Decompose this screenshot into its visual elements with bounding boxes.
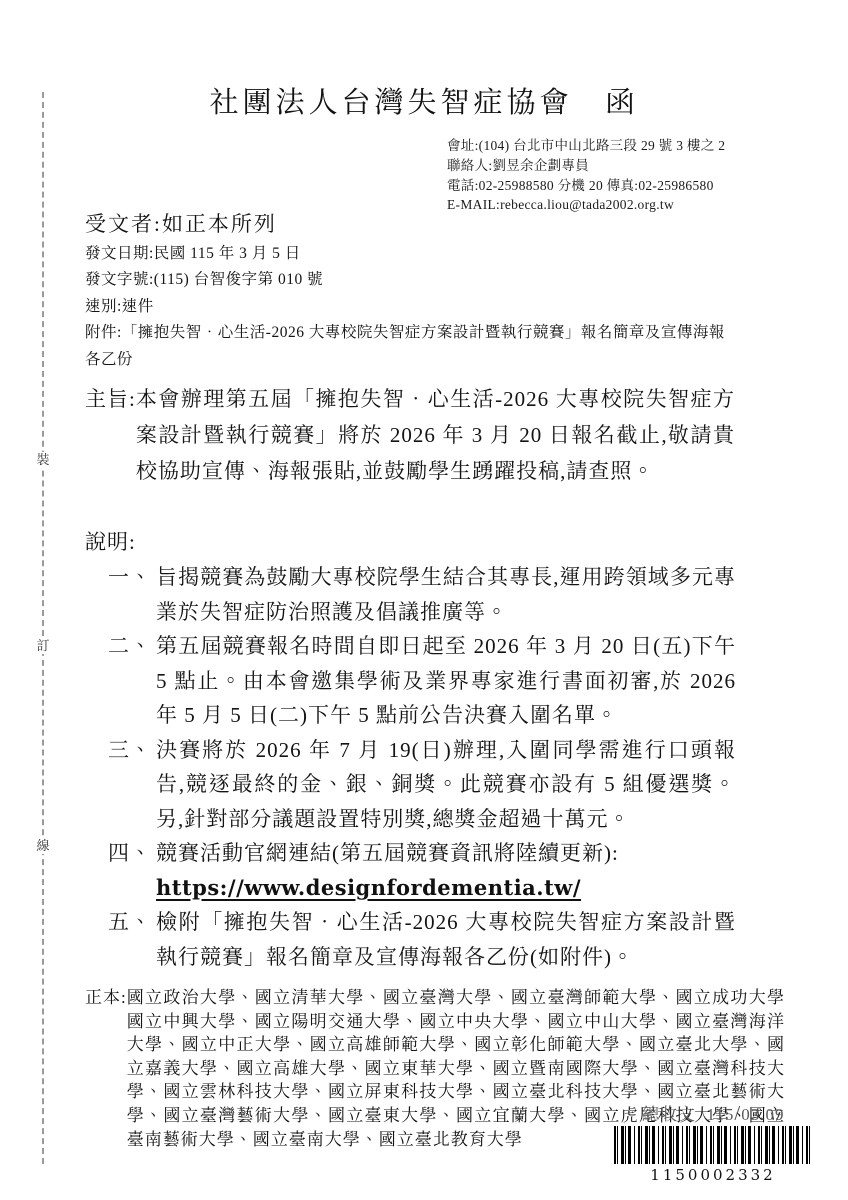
subject-block: 主旨: 本會辦理第五屆「擁抱失智‧心生活-2026 大專校院失智症方案設計暨執行…: [85, 381, 735, 489]
copy-to-label: 正本:: [85, 986, 127, 1151]
contact-person: 聯絡人:劉昱余企劃專員: [447, 156, 725, 176]
binding-mark-bottom: 線: [31, 838, 55, 854]
item-text: 第五屆競賽報名時間自即日起至 2026 年 3 月 20 日(五)下午 5 點止…: [156, 629, 736, 733]
item-number: 一、: [108, 560, 156, 629]
phone-fax: 電話:02-25988580 分機 20 傳真:02-25986580: [447, 176, 725, 196]
binding-mark-top: 裝: [31, 452, 55, 468]
org-address: 會址:(104) 台北市中山北路三段 29 號 3 樓之 2: [447, 136, 725, 156]
item-text: 決賽將於 2026 年 7 月 19(日)辦理,入圍同學需進行口頭報告,競逐最終…: [156, 733, 736, 837]
stamp-date: 03.09: [741, 1105, 784, 1124]
item-number: 四、: [108, 836, 156, 905]
item-text: 旨揭競賽為鼓勵大專校院學生結合其專長,運用跨領域多元專業於失智症防治照護及倡議推…: [156, 560, 736, 629]
attachment-line: 附件:「擁抱失智‧心生活-2026 大專校院失智症方案設計暨執行競賽」報名簡章及…: [85, 320, 737, 373]
barcode-block: 1150002332: [614, 1126, 812, 1184]
explanation-label: 說明:: [85, 526, 136, 556]
explanation-item: 二、 第五屆競賽報名時間自即日起至 2026 年 3 月 20 日(五)下午 5…: [108, 629, 736, 733]
explanation-item: 五、 檢附「擁抱失智‧心生活-2026 大專校院失智症方案設計暨執行競賽」報名簡…: [108, 905, 736, 974]
issue-date-line: 發文日期:民國 115 年 3 月 5 日: [85, 241, 737, 267]
received-stamp: 總收文 115/03.09: [642, 1100, 784, 1126]
contact-block: 會址:(104) 台北市中山北路三段 29 號 3 樓之 2 聯絡人:劉昱余企劃…: [447, 136, 725, 215]
subject-text: 本會辦理第五屆「擁抱失智‧心生活-2026 大專校院失智症方案設計暨執行競賽」將…: [136, 381, 735, 489]
stamp-label: 總收文: [642, 1105, 696, 1124]
explanation-item: 三、 決賽將於 2026 年 7 月 19(日)辦理,入圍同學需進行口頭報告,競…: [108, 733, 736, 837]
competition-website-link[interactable]: https://www.designfordementia.tw/: [156, 875, 581, 900]
explanation-items: 一、 旨揭競賽為鼓勵大專校院學生結合其專長,運用跨領域多元專業於失智症防治照護及…: [108, 560, 736, 974]
subject-label: 主旨:: [85, 381, 136, 489]
priority-line: 速別:速件: [85, 294, 737, 320]
letter-document: 裝 訂 線 社團法人台灣失智症協會 函 會址:(104) 台北市中山北路三段 2…: [0, 0, 848, 1200]
barcode-number: 1150002332: [614, 1166, 812, 1184]
stamp-date: 115: [707, 1105, 735, 1124]
doc-number-line: 發文字號:(115) 台智俊字第 010 號: [85, 267, 737, 293]
item-number: 二、: [108, 629, 156, 733]
explanation-item: 一、 旨揭競賽為鼓勵大專校院學生結合其專長,運用跨領域多元專業於失智症防治照護及…: [108, 560, 736, 629]
website-line: https://www.designfordementia.tw/: [156, 871, 736, 906]
item-number: 五、: [108, 905, 156, 974]
binding-mark-middle: 訂: [31, 638, 55, 654]
item-text: 競賽活動官網連結(第五屆競賽資訊將陸續更新): https://www.desi…: [156, 836, 736, 905]
recipient-line: 受文者:如正本所列: [85, 208, 277, 238]
binding-line: [42, 92, 44, 1164]
item-text: 競賽活動官網連結(第五屆競賽資訊將陸續更新):: [156, 841, 619, 865]
email-address: E-MAIL:rebecca.liou@tada2002.org.tw: [447, 195, 725, 215]
barcode: [614, 1126, 812, 1164]
document-title: 社團法人台灣失智症協會 函: [0, 80, 848, 121]
item-text: 檢附「擁抱失智‧心生活-2026 大專校院失智症方案設計暨執行競賽」報名簡章及宣…: [156, 905, 736, 974]
explanation-item: 四、 競賽活動官網連結(第五屆競賽資訊將陸續更新): https://www.d…: [108, 836, 736, 905]
meta-block: 發文日期:民國 115 年 3 月 5 日 發文字號:(115) 台智俊字第 0…: [85, 241, 737, 373]
item-number: 三、: [108, 733, 156, 837]
